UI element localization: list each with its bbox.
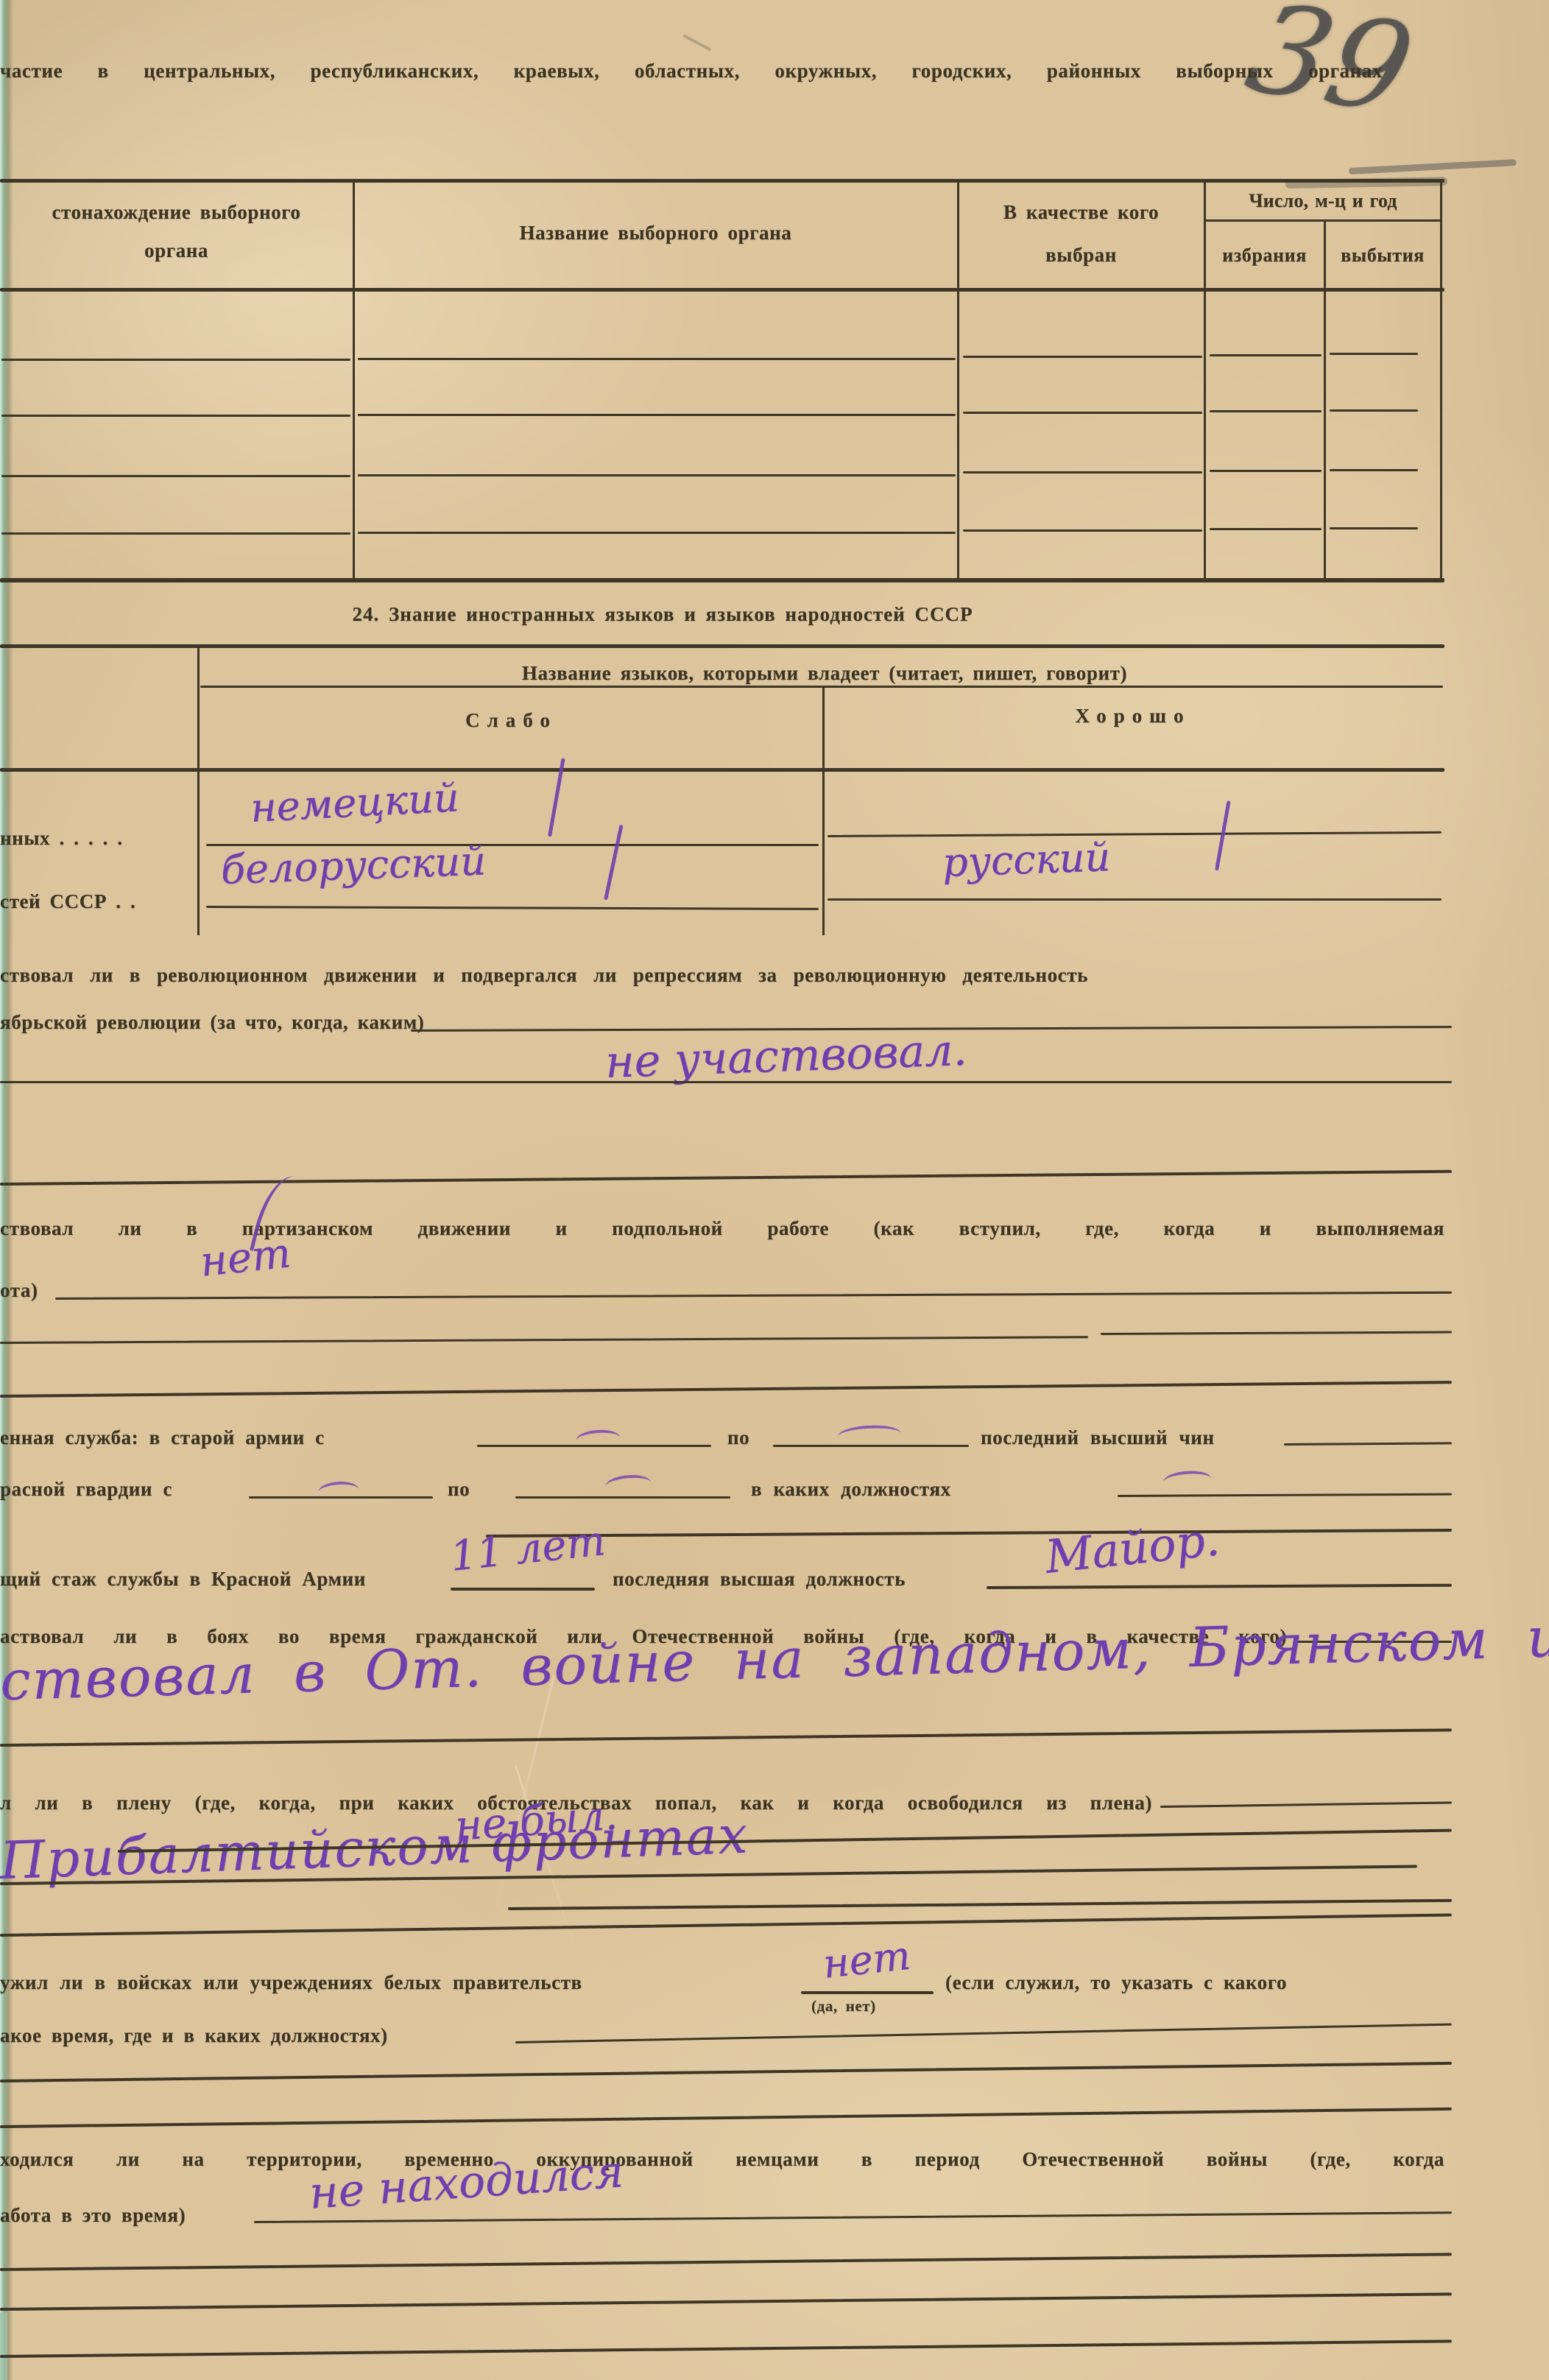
question-white-line1b: (если служил, то указать с какого bbox=[945, 1971, 1287, 1994]
answer-russian: русский bbox=[942, 834, 1111, 886]
answer-rank: Майор. bbox=[1042, 1512, 1221, 1583]
answer-line bbox=[0, 1170, 1452, 1186]
answer-german: немецкий bbox=[249, 774, 460, 831]
question-redarmy-label2: последняя высшая должность bbox=[613, 1567, 906, 1591]
table2-row2-line-weak bbox=[206, 906, 819, 910]
table1-row-line bbox=[963, 529, 1202, 532]
question-white-line1: ужил ли в войсках или учреждениях белых … bbox=[0, 1971, 582, 1994]
table1-row-line bbox=[963, 471, 1202, 473]
table1-row-line bbox=[358, 474, 956, 476]
ink-dash bbox=[317, 1480, 359, 1494]
answer-revolution: не участвовал. bbox=[604, 1024, 968, 1088]
blank-line bbox=[249, 1496, 433, 1499]
table1-row-line bbox=[358, 358, 956, 360]
question-oldarmy-po: по bbox=[727, 1426, 749, 1449]
table1-col-role-line2: выбран bbox=[959, 243, 1204, 267]
table1-row-line bbox=[1210, 354, 1322, 356]
ink-dash bbox=[575, 1429, 620, 1443]
table2-col-good: Хорошо bbox=[824, 704, 1442, 728]
answer-line bbox=[508, 1899, 1452, 1910]
ink-dash bbox=[838, 1424, 901, 1438]
table1-col-location-line1: стонахождение выборного bbox=[0, 200, 353, 224]
blank-line bbox=[773, 1445, 969, 1447]
table1-row-line bbox=[1, 415, 350, 417]
table1-row-line bbox=[1210, 528, 1322, 530]
answer-partisan: нет bbox=[198, 1229, 293, 1286]
table2-col-weak: Слабо bbox=[200, 708, 822, 732]
table1-col-retired: выбытия bbox=[1325, 244, 1440, 267]
answer-line bbox=[0, 1728, 1452, 1747]
blank-line bbox=[515, 1496, 730, 1499]
answer-line bbox=[0, 2253, 1452, 2271]
table2-mid-divider bbox=[822, 687, 825, 935]
blank-line bbox=[1160, 1801, 1452, 1808]
blank-line bbox=[987, 1584, 1452, 1589]
table1-row-line bbox=[963, 412, 1202, 414]
answer-line bbox=[55, 1292, 1452, 1300]
question-white-hint: (да, нет) bbox=[811, 1997, 876, 2015]
table1-date-underline bbox=[1205, 219, 1441, 222]
table2-row1-line-good bbox=[828, 831, 1442, 837]
section24-title: 24. Знание иностранных языков и языков н… bbox=[147, 602, 1178, 626]
table1-header-border bbox=[0, 288, 1444, 292]
answer-combat-line1: ствовал в От. войне на западном, Брянско… bbox=[0, 1606, 1549, 1713]
table2-row2-line-good bbox=[828, 898, 1442, 901]
table1-divider bbox=[1204, 183, 1206, 580]
table2-header: Название языков, которыми владеет (читае… bbox=[206, 661, 1443, 685]
answer-belarusian: белорусский bbox=[220, 837, 487, 893]
answer-years: 11 лет bbox=[448, 1517, 608, 1581]
question-guard-label: расной гвардии с bbox=[0, 1477, 172, 1501]
answer-line bbox=[0, 2062, 1452, 2082]
question-redarmy-label: щий стаж службы в Красной Армии bbox=[0, 1567, 366, 1591]
answer-line bbox=[515, 2024, 1452, 2043]
table1-row-line bbox=[963, 356, 1202, 358]
answer-line bbox=[0, 1336, 1088, 1344]
scan-corner-sliver bbox=[0, 2312, 7, 2380]
table1-row-line bbox=[1, 359, 350, 361]
table1-top-border bbox=[0, 179, 1444, 183]
question-occupied-line2: абота в это время) bbox=[0, 2203, 186, 2227]
section23-title: частие в центральных, республиканских, к… bbox=[0, 59, 1383, 82]
table2-top-border bbox=[0, 644, 1444, 648]
answer-white: нет bbox=[821, 1932, 913, 1988]
question-oldarmy-rank: последний высший чин bbox=[981, 1426, 1215, 1449]
answer-line bbox=[0, 1913, 1452, 1937]
answer-line bbox=[486, 1529, 1452, 1538]
table1-row-line bbox=[1, 475, 350, 477]
answer-line bbox=[0, 2108, 1452, 2128]
table1-row-line bbox=[1210, 410, 1322, 412]
blank-line bbox=[477, 1445, 711, 1447]
answer-line bbox=[0, 2339, 1452, 2358]
ink-dash bbox=[604, 1474, 651, 1488]
table1-col-elected: избрания bbox=[1205, 244, 1324, 267]
ink-stroke bbox=[1215, 800, 1231, 870]
question-white-line2: акое время, где и в каких должностях) bbox=[0, 2024, 388, 2047]
blank-line bbox=[451, 1588, 595, 1591]
answer-line bbox=[1101, 1331, 1452, 1335]
table1-row-line bbox=[358, 414, 956, 416]
ink-stroke bbox=[604, 825, 624, 901]
question-oldarmy-label: енная служба: в старой армии с bbox=[0, 1426, 325, 1449]
answer-line bbox=[254, 2211, 1452, 2223]
questionnaire-page: 39 частие в центральных, республиканских… bbox=[0, 0, 1549, 2380]
question-occupied-line1: ходился ли на территории, временно оккуп… bbox=[0, 2147, 1444, 2171]
table1-divider bbox=[1324, 221, 1326, 580]
table2-row2-label: стей СССР . . bbox=[0, 890, 191, 913]
table2-header-underline bbox=[200, 686, 1443, 688]
table1-row-line bbox=[358, 532, 956, 534]
table1-row-line bbox=[1210, 470, 1322, 472]
table2-row1-label: нных . . . . . bbox=[0, 826, 190, 850]
question-revolution-line2: ябрьской революции (за что, когда, каким… bbox=[0, 1010, 424, 1034]
table1-divider bbox=[957, 183, 959, 580]
blank-line bbox=[801, 1991, 934, 1994]
table1-row-line bbox=[1330, 353, 1418, 355]
table2-stub-divider bbox=[197, 648, 200, 935]
table1-col-name: Название выборного органа bbox=[354, 221, 957, 244]
answer-line bbox=[0, 2292, 1452, 2311]
table1-bottom-border bbox=[0, 578, 1444, 582]
ink-dash bbox=[1162, 1469, 1211, 1483]
table1-right-border bbox=[1440, 183, 1442, 580]
pencil-smudge bbox=[1349, 159, 1517, 175]
table1-col-date: Число, м-ц и год bbox=[1205, 190, 1441, 212]
table1-row-line bbox=[1330, 527, 1418, 529]
table1-col-location-line2: органа bbox=[0, 239, 353, 262]
blank-line bbox=[1118, 1493, 1452, 1497]
answer-line bbox=[0, 1081, 1452, 1083]
answer-line bbox=[0, 1381, 1452, 1398]
table1-col-role-line1: В качестве кого bbox=[959, 200, 1204, 224]
blank-line bbox=[1284, 1442, 1452, 1446]
table1-row-line bbox=[1, 532, 350, 535]
question-guard-po: по bbox=[448, 1477, 470, 1501]
table1-row-line bbox=[1330, 409, 1418, 412]
question-revolution-line1: ствовал ли в революционном движении и по… bbox=[0, 963, 1088, 987]
question-partisan-line2: ота) bbox=[0, 1278, 38, 1302]
question-guard-positions: в каких должностях bbox=[751, 1477, 951, 1501]
table2-header-border bbox=[0, 768, 1444, 772]
table1-row-line bbox=[1330, 469, 1418, 471]
pencil-tick bbox=[682, 34, 711, 51]
